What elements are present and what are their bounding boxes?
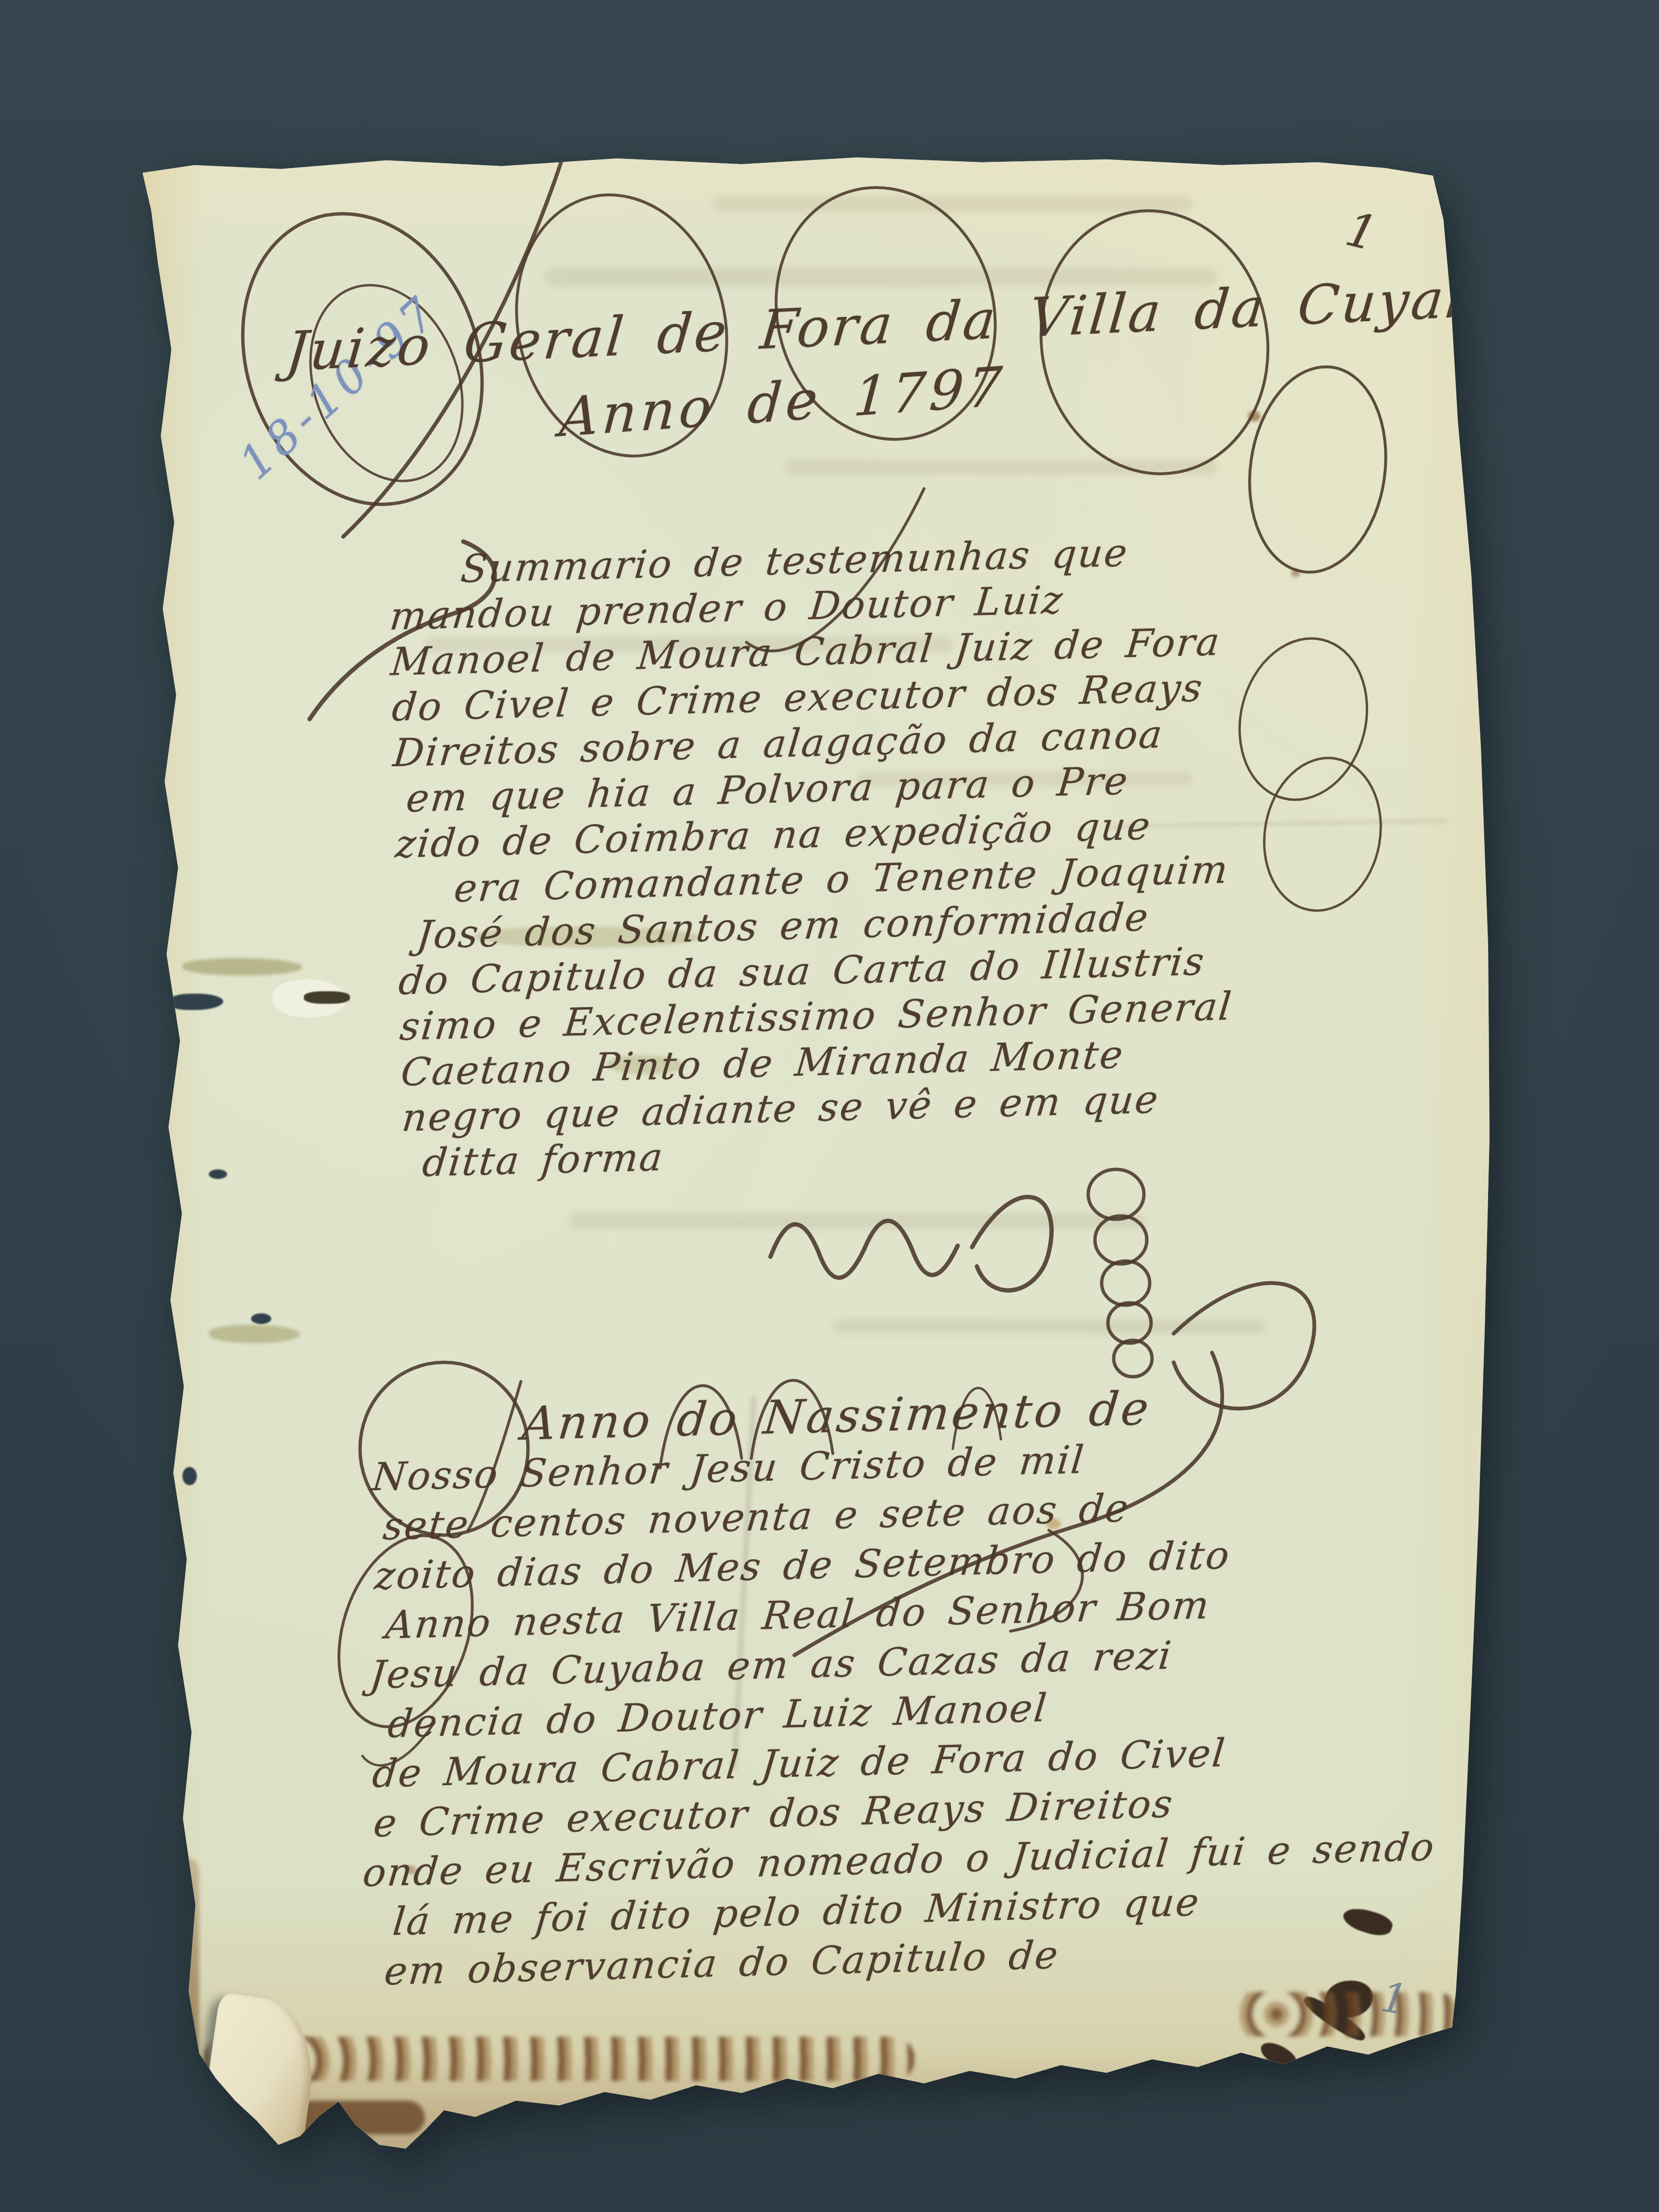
auto-paragraph: Anno do Nassimento de Nosso Senhor Jesu … xyxy=(351,1377,1438,1996)
burn-mark xyxy=(295,2101,425,2134)
paper-hole xyxy=(169,994,223,1010)
paper-hole xyxy=(209,1169,227,1179)
paper-sheet: 18-10-97 1 Juizo Geral de Fora da Villa … xyxy=(137,153,1500,2151)
wax-smear xyxy=(182,958,302,975)
dirt-streak xyxy=(304,991,350,1004)
ink-blot xyxy=(1257,2038,1300,2073)
folded-corner-flap xyxy=(198,1992,322,2161)
burn-mark xyxy=(165,1857,199,2130)
summary-paragraph: Summario de testemunhas que mandou prend… xyxy=(388,528,1237,1186)
manuscript-scan: 18-10-97 1 Juizo Geral de Fora da Villa … xyxy=(137,153,1500,2151)
burn-mark xyxy=(1231,1992,1457,2036)
